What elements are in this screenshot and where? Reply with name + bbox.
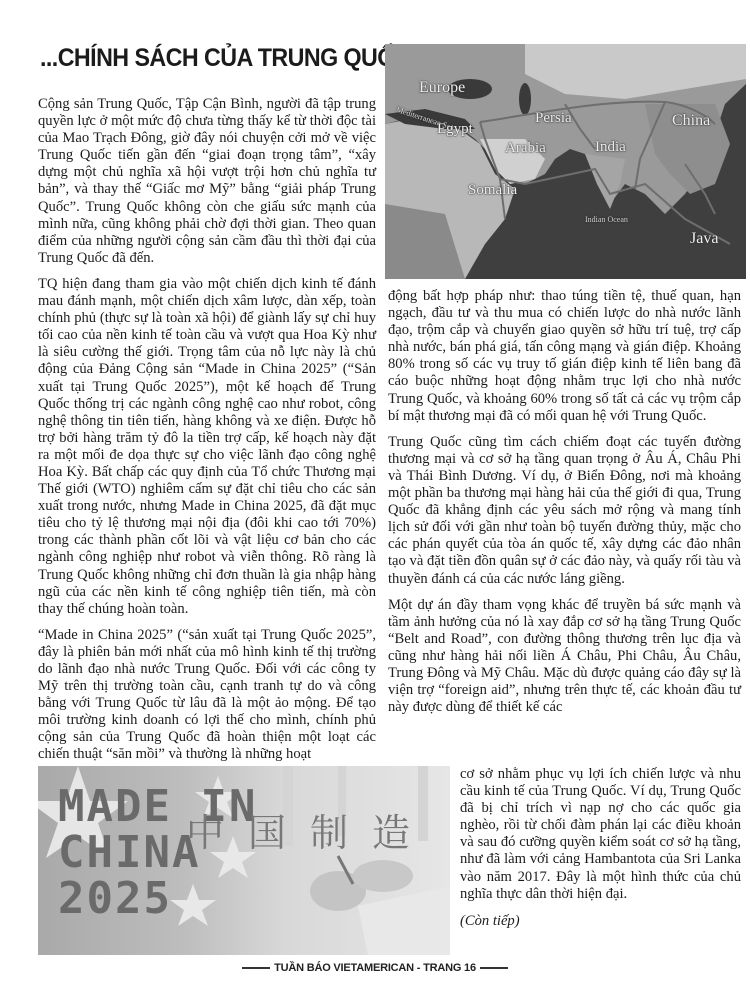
map-label-egypt: Egypt bbox=[437, 121, 473, 138]
mic-line-china: CHINA bbox=[58, 830, 200, 876]
mic-chinese-text: 中国制造 bbox=[186, 802, 434, 857]
map-label-java: Java bbox=[690, 230, 718, 248]
paragraph: cơ sở nhằm phục vụ lợi ích chiến lược và… bbox=[460, 766, 741, 903]
map-label-arabia: Arabia bbox=[505, 140, 546, 157]
article-right-column: động bất hợp pháp như: thao túng tiền tệ… bbox=[388, 288, 741, 725]
footer-text: TUẦN BÁO VIETAMERICAN - TRANG 16 bbox=[274, 962, 476, 974]
made-in-china-2025-image: MADE IN CHINA 2025 中国制造 bbox=[38, 766, 450, 955]
footer-rule-left bbox=[242, 967, 270, 969]
paragraph: TQ hiện đang tham gia vào một chiến dịch… bbox=[38, 276, 376, 618]
article-right-wrap-column: cơ sở nhằm phục vụ lợi ích chiến lược và… bbox=[460, 766, 741, 939]
map-label-china: China bbox=[672, 112, 710, 130]
continued-label: (Còn tiếp) bbox=[460, 913, 741, 930]
map-label-persia: Persia bbox=[535, 110, 572, 127]
article-left-column: Cộng sản Trung Quốc, Tập Cận Bình, người… bbox=[38, 96, 376, 773]
map-label-somalia: Somalia bbox=[468, 182, 517, 199]
paragraph: Một dự án đầy tham vọng khác để truyền b… bbox=[388, 597, 741, 717]
footer-rule-right bbox=[480, 967, 508, 969]
paragraph: Cộng sản Trung Quốc, Tập Cận Bình, người… bbox=[38, 96, 376, 267]
article-title: ...CHÍNH SÁCH CỦA TRUNG QUỐC bbox=[40, 44, 356, 73]
silk-road-map-image: Europe Mediterranean Sea Egypt Persia Ar… bbox=[385, 44, 746, 279]
map-label-india: India bbox=[595, 139, 626, 156]
paragraph: Trung Quốc cũng tìm cách chiếm đoạt các … bbox=[388, 434, 741, 588]
page-footer: TUẦN BÁO VIETAMERICAN - TRANG 16 bbox=[0, 962, 750, 974]
paragraph: động bất hợp pháp như: thao túng tiền tệ… bbox=[388, 288, 741, 425]
mic-line-2025: 2025 bbox=[58, 876, 172, 922]
map-label-indian-ocean: Indian Ocean bbox=[585, 215, 628, 224]
map-label-europe: Europe bbox=[419, 79, 465, 97]
paragraph: “Made in China 2025” (“sản xuất tại Trun… bbox=[38, 627, 376, 764]
